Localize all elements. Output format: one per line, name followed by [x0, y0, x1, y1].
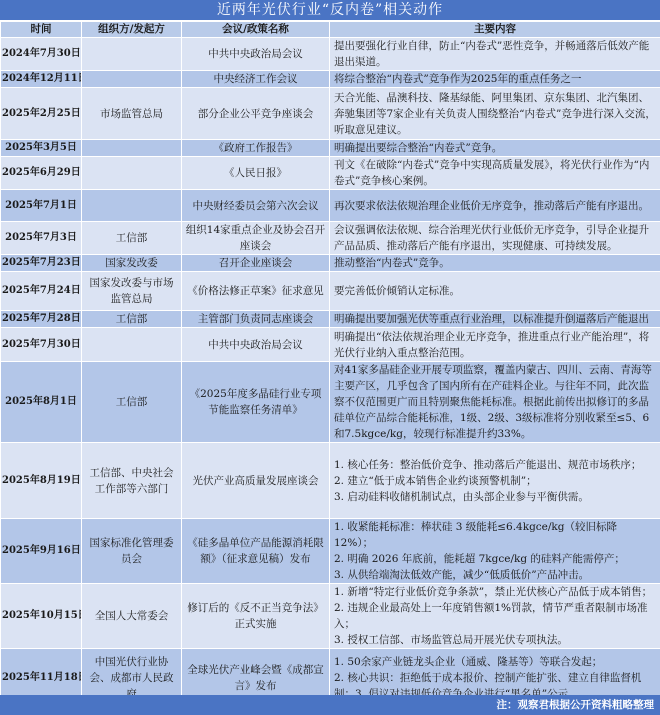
- meeting-policy-cell: 中共中央政治局会议: [182, 38, 330, 71]
- main-content-cell: 天合光能、晶澳科技、隆基绿能、阿里集团、京东集团、北汽集团、奔驰集团等7家企业有…: [330, 88, 660, 140]
- main-content-cell: 明确提出要加强光伏等重点行业治理，以标准提升倒逼落后产能退出: [330, 311, 660, 328]
- main-content-cell: 刊文《在破除“内卷式”竞争中实现高质量发展》，将光伏行业作为“内卷式”竞争核心案…: [330, 157, 660, 190]
- table-row: 2025年7月3日工信部组织14家重点企业及协会召开座谈会会议强调依法依规、综合…: [1, 222, 660, 255]
- meeting-policy-cell: 光伏产业高质量发展座谈会: [182, 443, 330, 519]
- content-line: 2. 明确 2026 年底前，能耗超 7kgce/kg 的硅料产能需停产；: [334, 551, 657, 567]
- organizer-cell: [82, 38, 182, 71]
- date-cell: 2025年7月23日: [1, 255, 82, 272]
- content-line: 3. 授权工信部、市场监管总局开展光伏专项执法。: [334, 632, 657, 648]
- organizer-cell: 市场监管总局: [82, 88, 182, 140]
- table-row: 2025年6月29日《人民日报》刊文《在破除“内卷式”竞争中实现高质量发展》，将…: [1, 157, 660, 190]
- content-line: 1. 核心任务：整治低价竞争、推动落后产能退出、规范市场秩序；: [334, 457, 657, 473]
- content-line: 3. 启动硅料收储机制试点，由头部企业参与平衡供需。: [334, 489, 657, 505]
- meeting-policy-cell: 主管部门负责同志座谈会: [182, 311, 330, 328]
- table-row: 2025年8月19日工信部、中央社会工作部等六部门光伏产业高质量发展座谈会1. …: [1, 443, 660, 519]
- meeting-policy-cell: 《2025年度多晶硅行业专项节能监察任务清单》: [182, 362, 330, 443]
- date-cell: 2025年7月1日: [1, 190, 82, 222]
- main-content-cell: 推动整治“内卷式”竞争。: [330, 255, 660, 272]
- date-cell: 2025年8月1日: [1, 362, 82, 443]
- organizer-cell: [82, 140, 182, 157]
- column-header-date: 时间: [1, 22, 82, 38]
- date-cell: 2025年8月19日: [1, 443, 82, 519]
- organizer-cell: [82, 328, 182, 362]
- table-row: 2024年7月30日中共中央政治局会议提出要强化行业自律，防止“内卷式”恶性竞争…: [1, 38, 660, 71]
- source-note: 注：观察君根据公开资料粗略整理: [0, 695, 660, 715]
- organizer-cell: 工信部: [82, 311, 182, 328]
- content-line: 1. 收紧能耗标准：棒状硅 3 级能耗≤6.4kgce/kg（较旧标降 12%）…: [334, 519, 657, 551]
- organizer-cell: 国家标准化管理委员会: [82, 519, 182, 584]
- main-content-cell: 将综合整治“内卷式”竞争作为2025年的重点任务之一: [330, 71, 660, 88]
- organizer-cell: [82, 157, 182, 190]
- main-content-cell: 再次要求依法依规治理企业低价无序竞争，推动落后产能有序退出。: [330, 190, 660, 222]
- main-content-cell: 明确提出“依法依规治理企业无序竞争，推进重点行业产能治理”，将光伏行业纳入重点整…: [330, 328, 660, 362]
- policy-table-document: 近两年光伏行业“反内卷”相关动作 时间 组织方/发起方 会议/政策名称 主要内容…: [0, 0, 660, 715]
- date-cell: 2025年7月28日: [1, 311, 82, 328]
- organizer-cell: 工信部: [82, 222, 182, 255]
- meeting-policy-cell: 中央经济工作会议: [182, 71, 330, 88]
- meeting-policy-cell: 部分企业公平竞争座谈会: [182, 88, 330, 140]
- table-row: 2025年10月15日全国人大常委会修订后的《反不正当竞争法》正式实施1. 新增…: [1, 584, 660, 649]
- header-row: 时间 组织方/发起方 会议/政策名称 主要内容: [1, 22, 660, 38]
- main-content-cell: 对41家多晶硅企业开展专项监察，覆盖内蒙古、四川、云南、青海等主要产区，几乎包含…: [330, 362, 660, 443]
- meeting-policy-cell: 召开企业座谈会: [182, 255, 330, 272]
- table-row: 2025年8月1日工信部《2025年度多晶硅行业专项节能监察任务清单》对41家多…: [1, 362, 660, 443]
- table-row: 2025年7月28日工信部主管部门负责同志座谈会明确提出要加强光伏等重点行业治理…: [1, 311, 660, 328]
- meeting-policy-cell: 中共中央政治局会议: [182, 328, 330, 362]
- organizer-cell: 国家发改委与市场监管总局: [82, 272, 182, 311]
- content-line: 1. 新增“特定行业低价竞争条款”，禁止光伏核心产品低于成本销售； 2. 违规企…: [334, 584, 657, 632]
- meeting-policy-cell: 《硅多晶单位产品能源消耗限额》（征求意见稿）发布: [182, 519, 330, 584]
- policy-actions-table: 时间 组织方/发起方 会议/政策名称 主要内容 2024年7月30日中共中央政治…: [0, 21, 660, 708]
- date-cell: 2025年10月15日: [1, 584, 82, 649]
- date-cell: 2025年7月30日: [1, 328, 82, 362]
- main-content-cell: 1. 收紧能耗标准：棒状硅 3 级能耗≤6.4kgce/kg（较旧标降 12%）…: [330, 519, 660, 584]
- date-cell: 2024年12月11日: [1, 71, 82, 88]
- organizer-cell: [82, 190, 182, 222]
- date-cell: 2025年7月3日: [1, 222, 82, 255]
- main-content-cell: 要完善低价倾销认定标准。: [330, 272, 660, 311]
- column-header-meeting-policy: 会议/政策名称: [182, 22, 330, 38]
- organizer-cell: 工信部: [82, 362, 182, 443]
- table-row: 2025年2月25日市场监管总局部分企业公平竞争座谈会天合光能、晶澳科技、隆基绿…: [1, 88, 660, 140]
- column-header-organizer: 组织方/发起方: [82, 22, 182, 38]
- table-row: 2025年7月1日中央财经委员会第六次会议再次要求依法依规治理企业低价无序竞争，…: [1, 190, 660, 222]
- content-line: 2. 建立“低于成本销售企业约谈预警机制”；: [334, 473, 657, 489]
- main-content-cell: 1. 核心任务：整治低价竞争、推动落后产能退出、规范市场秩序；2. 建立“低于成…: [330, 443, 660, 519]
- date-cell: 2025年7月24日: [1, 272, 82, 311]
- meeting-policy-cell: 中央财经委员会第六次会议: [182, 190, 330, 222]
- table-row: 2025年7月23日国家发改委召开企业座谈会推动整治“内卷式”竞争。: [1, 255, 660, 272]
- organizer-cell: 工信部、中央社会工作部等六部门: [82, 443, 182, 519]
- table-row: 2025年3月5日《政府工作报告》明确提出要综合整治“内卷式”竞争。: [1, 140, 660, 157]
- main-content-cell: 明确提出要综合整治“内卷式”竞争。: [330, 140, 660, 157]
- table-row: 2024年12月11日中央经济工作会议将综合整治“内卷式”竞争作为2025年的重…: [1, 71, 660, 88]
- meeting-policy-cell: 组织14家重点企业及协会召开座谈会: [182, 222, 330, 255]
- main-content-cell: 会议强调依法依规、综合治理光伏行业低价无序竞争，引导企业提升产品品质、推动落后产…: [330, 222, 660, 255]
- date-cell: 2024年7月30日: [1, 38, 82, 71]
- content-line: 1. 50余家产业链龙头企业（通威、隆基等）等联合发起；: [334, 654, 657, 670]
- date-cell: 2025年3月5日: [1, 140, 82, 157]
- meeting-policy-cell: 《政府工作报告》: [182, 140, 330, 157]
- meeting-policy-cell: 《价格法修正草案》征求意见: [182, 272, 330, 311]
- table-body: 2024年7月30日中共中央政治局会议提出要强化行业自律，防止“内卷式”恶性竞争…: [1, 38, 660, 708]
- table-title: 近两年光伏行业“反内卷”相关动作: [0, 0, 660, 20]
- main-content-cell: 提出要强化行业自律，防止“内卷式”恶性竞争，并畅通落后低效产能退出渠道。: [330, 38, 660, 71]
- meeting-policy-cell: 修订后的《反不正当竞争法》正式实施: [182, 584, 330, 649]
- column-header-main-content: 主要内容: [330, 22, 660, 38]
- table-row: 2025年7月30日中共中央政治局会议明确提出“依法依规治理企业无序竞争，推进重…: [1, 328, 660, 362]
- content-line: 3. 从供给端淘汰低效产能，减少“低质低价”产品冲击。: [334, 567, 657, 583]
- table-row: 2025年9月16日国家标准化管理委员会《硅多晶单位产品能源消耗限额》（征求意见…: [1, 519, 660, 584]
- organizer-cell: [82, 71, 182, 88]
- organizer-cell: 全国人大常委会: [82, 584, 182, 649]
- date-cell: 2025年9月16日: [1, 519, 82, 584]
- organizer-cell: 国家发改委: [82, 255, 182, 272]
- meeting-policy-cell: 《人民日报》: [182, 157, 330, 190]
- main-content-cell: 1. 新增“特定行业低价竞争条款”，禁止光伏核心产品低于成本销售； 2. 违规企…: [330, 584, 660, 649]
- date-cell: 2025年2月25日: [1, 88, 82, 140]
- table-row: 2025年7月24日国家发改委与市场监管总局《价格法修正草案》征求意见要完善低价…: [1, 272, 660, 311]
- date-cell: 2025年6月29日: [1, 157, 82, 190]
